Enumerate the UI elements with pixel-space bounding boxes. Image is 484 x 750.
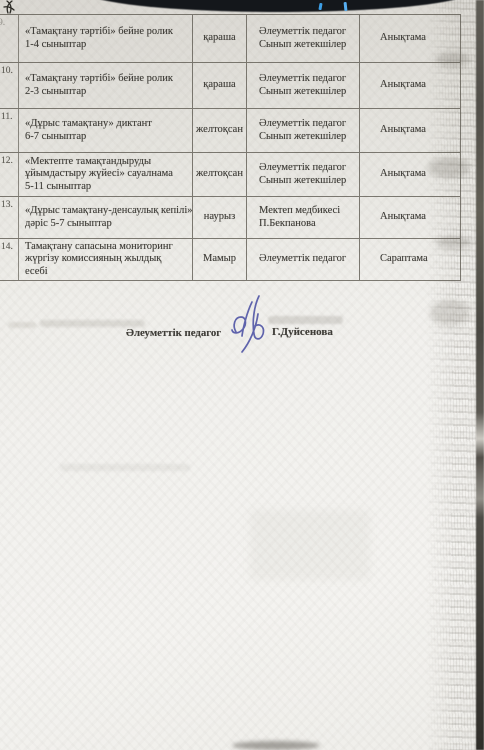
table-row: 12. «Мектепте тамақтандыруды ұйымдастыру…	[0, 153, 460, 197]
result-label: Анықтама	[380, 79, 426, 92]
row-number-cell: 9.	[0, 15, 19, 62]
bleed-through-smudge	[60, 464, 190, 471]
row-number-cell: 10.	[0, 63, 19, 108]
table-row: 14. Тамақтану сапасына мониторинг жүргіз…	[0, 239, 460, 281]
scanner-top-band	[84, 0, 472, 12]
activity-cell: «Мектепте тамақтандыруды ұйымдастыру жүй…	[19, 153, 193, 196]
responsible-line: Әлеуметтік педагог	[259, 73, 346, 86]
responsible-line: Әлеуметтік педагог	[259, 253, 346, 266]
result-label: Анықтама	[380, 32, 426, 45]
responsible-line: П.Бекпанова	[259, 218, 340, 231]
activity-line: дәріс 5-7 сыныптар	[25, 218, 193, 231]
activity-cell: «Тамақтану тәртібі» бейне ролик 1-4 сыны…	[19, 15, 193, 62]
signature-role-label: Әлеуметтік педагог	[126, 327, 221, 339]
responsible-cell: Әлеуметтік педагог Сынып жетекшілер	[247, 153, 360, 196]
activity-cell: Тамақтану сапасына мониторинг жүргізу ко…	[19, 239, 193, 280]
plan-table: 9. «Тамақтану тәртібі» бейне ролик 1-4 с…	[0, 14, 461, 281]
table-row: 9. «Тамақтану тәртібі» бейне ролик 1-4 с…	[0, 15, 460, 63]
result-label: Сараптама	[380, 253, 428, 266]
result-cell: Сараптама	[360, 239, 460, 280]
result-cell: Анықтама	[360, 109, 460, 152]
row-number: 13.	[1, 199, 13, 212]
activity-line: Тамақтану сапасына мониторинг	[25, 241, 173, 254]
responsible-line: Сынып жетекшілер	[259, 175, 346, 188]
month-label: қараша	[203, 79, 235, 92]
result-label: Анықтама	[380, 211, 426, 224]
activity-line: «Тамақтану тәртібі» бейне ролик	[25, 73, 173, 86]
activity-line: «Тамақтану тәртібі» бейне ролик	[25, 26, 173, 39]
pen-scribble-icon	[3, 0, 16, 15]
activity-line: «Дұрыс тамақтану-денсаулық кепілі»	[25, 205, 193, 218]
handwritten-signature	[228, 292, 274, 354]
row-number: 9.	[0, 17, 5, 30]
scanned-document-page: 9. «Тамақтану тәртібі» бейне ролик 1-4 с…	[0, 0, 484, 750]
row-number-cell: 14.	[0, 239, 19, 280]
row-number-cell: 13.	[0, 197, 19, 238]
responsible-line: Сынып жетекшілер	[259, 131, 346, 144]
activity-cell: «Дұрыс тамақтану-денсаулық кепілі» дәріс…	[19, 197, 193, 238]
activity-line: 5-11 сыныптар	[25, 181, 173, 194]
row-number-cell: 12.	[0, 153, 19, 196]
result-cell: Анықтама	[360, 197, 460, 238]
responsible-line: Әлеуметтік педагог	[259, 118, 346, 131]
bleed-through-smudge	[268, 316, 343, 324]
activity-cell: «Тамақтану тәртібі» бейне ролик 2-3 сыны…	[19, 63, 193, 108]
bleed-through-smudge	[8, 322, 36, 328]
activity-line: жүргізу комиссияның жылдық	[25, 253, 173, 266]
activity-line: 2-3 сыныптар	[25, 86, 173, 99]
month-label: желтоқсан	[196, 168, 243, 181]
responsible-line: Әлеуметтік педагог	[259, 162, 346, 175]
responsible-cell: Мектеп медбикесі П.Бекпанова	[247, 197, 360, 238]
responsible-line: Сынып жетекшілер	[259, 86, 346, 99]
month-cell: желтоқсан	[193, 153, 247, 196]
activity-line: 1-4 сыныптар	[25, 39, 173, 52]
month-cell: наурыз	[193, 197, 247, 238]
table-row: 13. «Дұрыс тамақтану-денсаулық кепілі» д…	[0, 197, 460, 239]
signature-name-label: Г.Дуйсенова	[272, 326, 333, 338]
result-label: Анықтама	[380, 168, 426, 181]
activity-line: «Мектепте тамақтандыруды	[25, 156, 173, 169]
activity-line: «Дұрыс тамақтану» диктант	[25, 118, 152, 131]
month-cell: қараша	[193, 15, 247, 62]
month-label: желтоқсан	[196, 124, 243, 137]
bottom-edge-smudge	[232, 741, 320, 750]
table-row: 10. «Тамақтану тәртібі» бейне ролик 2-3 …	[0, 63, 460, 109]
activity-line: есебі	[25, 266, 173, 279]
result-label: Анықтама	[380, 124, 426, 137]
responsible-line: Мектеп медбикесі	[259, 205, 340, 218]
result-cell: Анықтама	[360, 63, 460, 108]
activity-line: ұйымдастыру жүйесі» сауалнама	[25, 168, 173, 181]
bleed-through-smudge	[250, 510, 370, 580]
result-cell: Анықтама	[360, 15, 460, 62]
responsible-line: Сынып жетекшілер	[259, 39, 346, 52]
month-cell: желтоқсан	[193, 109, 247, 152]
result-cell: Анықтама	[360, 153, 460, 196]
bleed-through-smudge	[40, 320, 145, 327]
month-cell: қараша	[193, 63, 247, 108]
row-number: 12.	[1, 155, 13, 168]
row-number: 14.	[1, 241, 13, 254]
month-label: наурыз	[204, 211, 235, 224]
table-row: 11. «Дұрыс тамақтану» диктант 6-7 сыныпт…	[0, 109, 460, 153]
row-number-cell: 11.	[0, 109, 19, 152]
responsible-cell: Әлеуметтік педагог Сынып жетекшілер	[247, 63, 360, 108]
row-number: 10.	[1, 65, 13, 78]
responsible-cell: Әлеуметтік педагог	[247, 239, 360, 280]
responsible-line: Әлеуметтік педагог	[259, 26, 346, 39]
responsible-cell: Әлеуметтік педагог Сынып жетекшілер	[247, 15, 360, 62]
activity-line: 6-7 сыныптар	[25, 131, 152, 144]
scan-noise-blob	[430, 300, 470, 326]
row-number: 11.	[1, 111, 13, 124]
right-edge-dark-bar	[476, 0, 484, 750]
month-label: қараша	[203, 32, 235, 45]
month-label: Мамыр	[203, 253, 236, 266]
month-cell: Мамыр	[193, 239, 247, 280]
responsible-cell: Әлеуметтік педагог Сынып жетекшілер	[247, 109, 360, 152]
activity-cell: «Дұрыс тамақтану» диктант 6-7 сыныптар	[19, 109, 193, 152]
